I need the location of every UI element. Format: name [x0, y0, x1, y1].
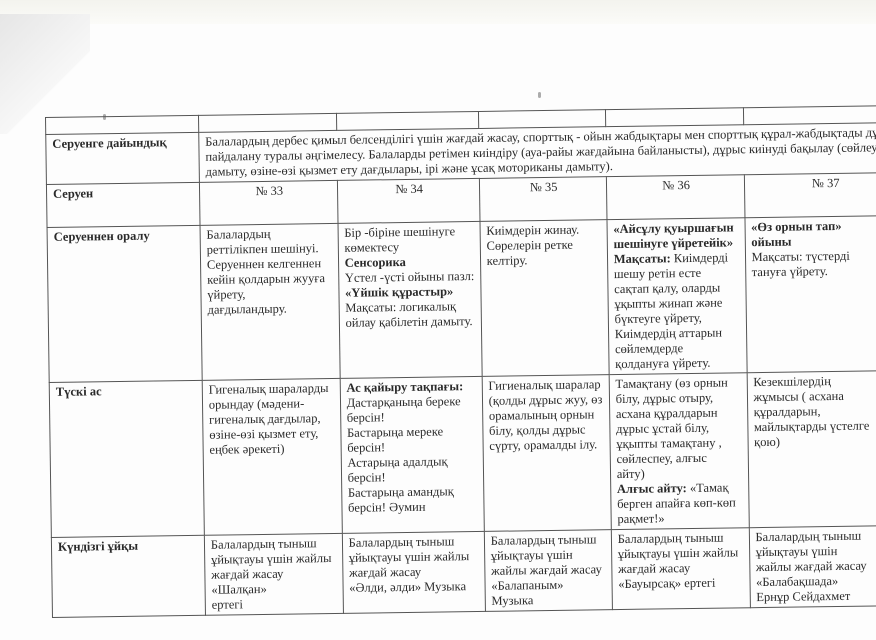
return-cell-36: «Айсұлу қуыршағын шешінуге үйретейік» Ма… — [607, 218, 747, 375]
text-line: Серуеннен келгеннен — [207, 256, 334, 273]
text-line: рақмет!» — [617, 510, 744, 527]
sleep-cell-35: Балалардың тыныш ұйықтауы үшін жайлы жағ… — [484, 530, 612, 612]
game-title: «Өз орнын тап» — [751, 218, 876, 235]
text-line: Дастарқаныңа береке — [347, 394, 478, 411]
lunch-cell-37: Кезекшілердің жұмысы ( асхана құралдарын… — [747, 370, 876, 527]
text-line: сөйлеспеу, алғыс — [616, 450, 743, 467]
lunch-cell-35: Гигиеналық шаралар (қолды дұрыс жуу, өз … — [482, 375, 611, 532]
table-cell — [46, 115, 199, 134]
table-cell — [336, 111, 478, 130]
text-line: шешу ретін есте — [614, 265, 741, 282]
text-line: білу, дұрыс отыру, — [616, 390, 743, 407]
walk-number-35: № 35 — [479, 177, 607, 222]
text-line: өзіне-өзі қызмет ету, — [209, 426, 336, 443]
text-line: ұйықтауы үшін — [491, 547, 607, 564]
text-line: «Шалқан» — [211, 581, 338, 598]
text-line: Балалардың тыныш — [491, 532, 607, 549]
text-line: құралдарын, — [754, 403, 876, 420]
thanks-label: Алғыс айту: — [617, 481, 687, 496]
text-line: бүктеуге үйрету, — [614, 310, 741, 327]
text-line: ертегі — [212, 596, 339, 613]
goal-label: Мақсаты: — [614, 251, 671, 266]
game-title: ойыны — [751, 233, 876, 250]
text-line: айту) — [617, 465, 744, 482]
return-cell-35: Киімдерін жинау. Сөрелерін ретке келтіру… — [480, 220, 609, 377]
text-line: орамалының орнын — [489, 407, 605, 424]
document-page: Серуенге дайындық Балалардың дербес қимы… — [45, 105, 876, 618]
row-label: Түскі ас — [49, 380, 204, 537]
text-line: дағдыландыру. — [207, 301, 334, 318]
text-line: Киімдерді — [674, 250, 728, 265]
row-label: Серуенге дайындық — [46, 132, 200, 184]
text-line: ұйықтауы үшін — [756, 543, 876, 560]
table-row-return: Серуеннен оралу Балалардың реттілікпен ш… — [47, 215, 876, 382]
text-line: Балалардың тыныш — [618, 530, 745, 547]
game-title: шешінуге үйретейік» — [613, 235, 740, 252]
return-cell-33: Балалардың реттілікпен шешінуі. Серуенне… — [200, 223, 340, 380]
sleep-cell-36: Балалардың тыныш ұйықтауы үшін жайлы жағ… — [611, 528, 750, 610]
sleep-cell-37: Балалардың тыныш ұйықтауы үшін жайлы жағ… — [749, 525, 876, 607]
text-line: «Балабақшада» — [756, 573, 876, 590]
text-line: асхана құралдарын — [616, 405, 743, 422]
return-cell-34: Бір -біріне шешінуге көмектесу Сенсорика… — [338, 221, 482, 378]
text-line: орындау (мәдени- — [209, 396, 336, 413]
text-line: «Балапаным» — [491, 577, 607, 594]
text-line: Балалардың тыныш — [211, 536, 338, 553]
text-line: Балалардың — [206, 226, 333, 243]
text-line: Гигиеналық шаралар — [488, 377, 604, 394]
text-line: кейін қолдарын жууға — [207, 271, 334, 288]
scan-speck — [538, 92, 541, 98]
text-line: реттілікпен шешінуі. — [207, 241, 334, 258]
table-cell — [743, 105, 876, 124]
lunch-cell-33: Гигеналық шараларды орындау (мәдени- гиг… — [202, 378, 342, 535]
text-line: Тамақтану (өз орнын — [615, 375, 742, 392]
text-line: Музыка — [491, 592, 607, 609]
table-cell — [605, 108, 743, 127]
text-line: ұқыпты жинап және — [614, 295, 741, 312]
game-title: «Айсұлу қуыршағын — [613, 220, 740, 237]
text-line: Балалардың тыныш — [755, 528, 876, 545]
text-line: білу, қолды дұрыс — [489, 422, 605, 439]
text-line: берсін! Әумин — [348, 499, 479, 516]
walk-number-33: № 33 — [199, 180, 337, 225]
walk-number-34: № 34 — [337, 178, 480, 223]
text-line: Кезекшілердің — [753, 373, 876, 390]
text-line: ұқыпты тамақтану , — [616, 435, 743, 452]
text-line: ұйықтауы үшін жайлы — [618, 545, 745, 562]
walk-number-37: № 37 — [744, 172, 876, 217]
text-line: ұйықтауы үшін жайлы — [349, 549, 480, 566]
table-cell — [478, 110, 605, 129]
text-line: ұйықтауы үшін жайлы — [211, 551, 338, 568]
return-cell-37: «Өз орнын тап» ойыны Мақсаты: түстерді т… — [744, 215, 876, 372]
text-line: «Әлди, әлди» Музыка — [349, 579, 480, 596]
table-row-lunch: Түскі ас Гигеналық шараларды орындау (мә… — [49, 370, 876, 537]
row-label: Серуеннен оралу — [47, 225, 202, 382]
table-cell — [198, 113, 336, 132]
text-line: қолдануға үйрету. — [615, 355, 742, 372]
text-line: Ернұр Сейдахмет — [756, 588, 876, 605]
text-line: жағдай жасау — [618, 560, 745, 577]
text-line: «Бауырсақ» ертегі — [618, 575, 745, 592]
row-label: Серуен — [46, 182, 199, 227]
scan-top-edge — [0, 0, 876, 24]
text-line: жұмысы ( асхана — [753, 388, 876, 405]
text-line: (қолды дұрыс жуу, өз — [489, 392, 605, 409]
text-line: еңбек әрекеті) — [209, 441, 336, 458]
text-line: сүрту, орамалды ілу. — [489, 437, 605, 454]
text-line: келтіру. — [487, 252, 603, 269]
lunch-cell-34: Ас қайыру тақпағы: Дастарқаныңа береке б… — [340, 376, 484, 533]
text-line: тануға үйрету. — [752, 263, 876, 280]
text-line: сақтап қалу, оларды — [614, 280, 741, 297]
text-line: майлықтарды үстелге — [754, 418, 876, 435]
table-row-sleep: Күндізгі ұйқы Балалардың тыныш ұйықтауы … — [51, 525, 876, 617]
text-line: «Тамақ — [690, 480, 729, 495]
sleep-cell-34: Балалардың тыныш ұйықтауы үшін жайлы жағ… — [342, 531, 485, 613]
text-line: Үстел -үсті ойыны пазл: — [345, 269, 476, 286]
text-line: Гигеналық шараларды — [209, 381, 336, 398]
sleep-cell-33: Балалардың тыныш ұйықтауы үшін жайлы жағ… — [204, 533, 343, 615]
text-line: жағдай жасау — [211, 566, 338, 583]
text-line: жайлы жағдай жасау — [491, 562, 607, 579]
text-line: Мақсаты: түстерді — [751, 248, 876, 265]
row-label: Күндізгі ұйқы — [51, 535, 205, 617]
walk-number-36: № 36 — [606, 175, 744, 220]
text-line: жайлы жағдай жасау — [756, 558, 876, 575]
text-line: дұрыс ұстай білу, — [616, 420, 743, 437]
plan-table: Серуенге дайындық Балалардың дербес қимы… — [45, 105, 876, 618]
text-line: Сөрелерін ретке — [486, 237, 602, 254]
text-line: берген апайға көп-көп — [617, 495, 744, 512]
text-line: Киімдерін жинау. — [486, 222, 602, 239]
lunch-cell-36: Тамақтану (өз орнын білу, дұрыс отыру, а… — [609, 373, 749, 530]
text-line: қою) — [754, 433, 876, 450]
text-line: гигеналық дағдылар, — [209, 411, 336, 428]
text-line: ойлау қабілетін дамыту. — [345, 314, 476, 331]
